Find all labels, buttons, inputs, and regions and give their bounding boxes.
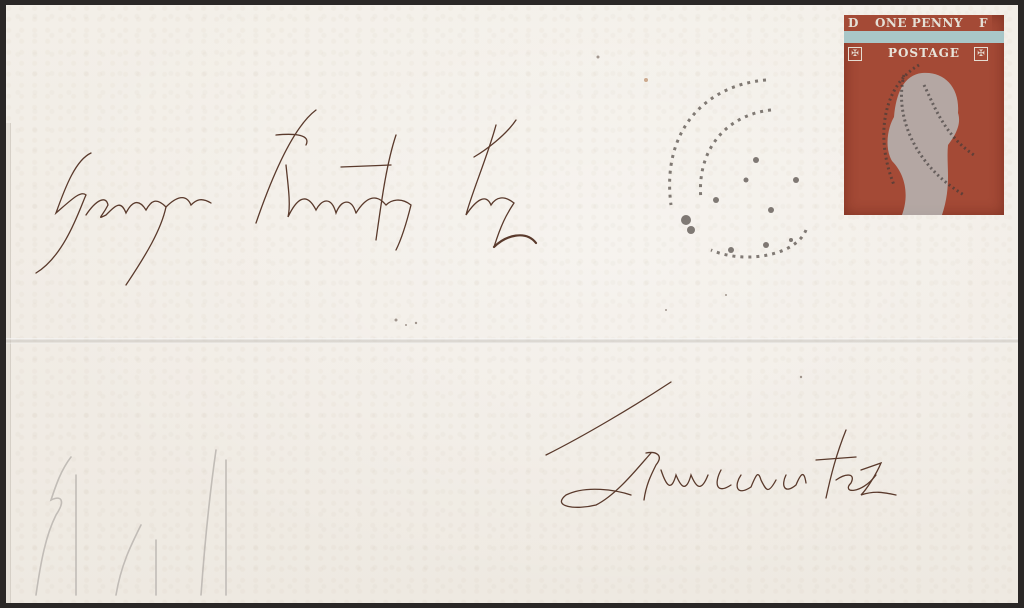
ink-specks	[6, 5, 1018, 603]
letter-cover: D ONE PENNY F POSTAGE ✠ ✠	[6, 5, 1018, 603]
